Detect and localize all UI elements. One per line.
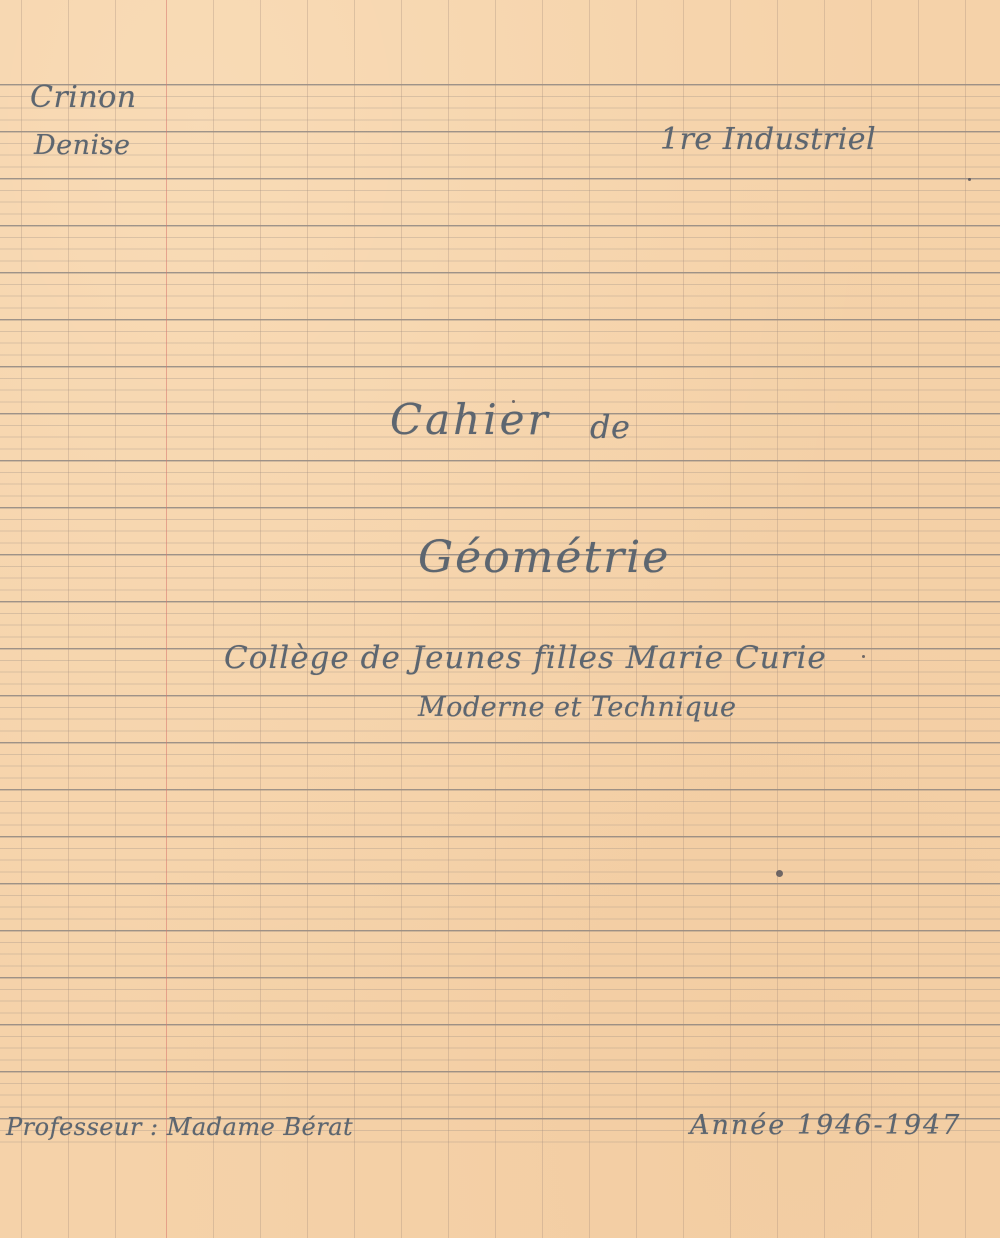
class-label: 1re Industriel xyxy=(660,122,876,157)
school-year: Année 1946-1947 xyxy=(690,1110,961,1141)
student-first-name: Denise xyxy=(34,130,131,161)
student-last-name: Crinon xyxy=(30,80,137,115)
school-name: Collège de Jeunes filles Marie Curie xyxy=(224,640,827,676)
ink-speck xyxy=(968,178,971,181)
title-de: de xyxy=(590,408,630,446)
red-margin-line xyxy=(166,0,167,1238)
ink-speck xyxy=(512,400,515,403)
title-cahier: Cahier xyxy=(390,395,551,444)
teacher-name: Professeur : Madame Bérat xyxy=(6,1113,353,1141)
ink-speck xyxy=(101,137,104,140)
school-type: Moderne et Technique xyxy=(418,692,737,723)
ink-speck xyxy=(98,90,101,93)
ink-speck xyxy=(776,870,783,877)
notebook-page: Crinon Denise 1re Industriel Cahier de G… xyxy=(0,0,1000,1238)
title-subject: Géométrie xyxy=(418,532,670,583)
vertical-grid-lines xyxy=(0,0,1000,1238)
ink-speck xyxy=(862,655,865,658)
